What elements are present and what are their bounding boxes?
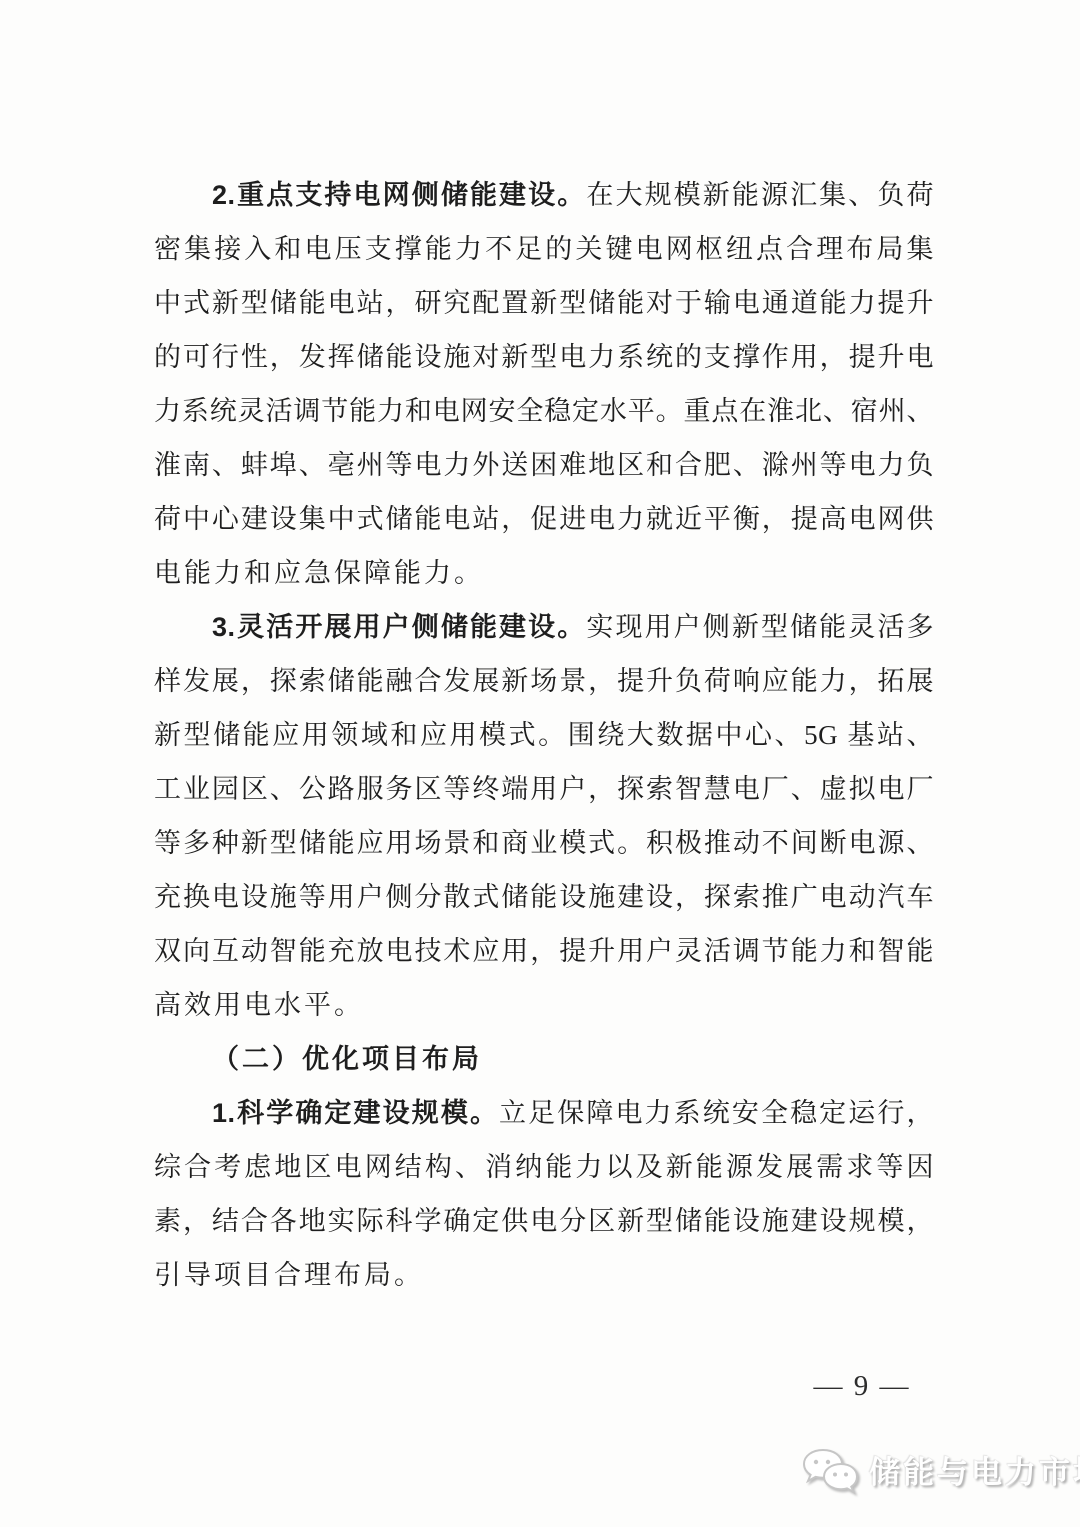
text-segment: 密集接入和电压支撑能力不足的关键电网枢纽点合理布局集: [154, 234, 934, 264]
text-segment: 力系统灵活调节能力和电网安全稳定水平。重点在淮北、宿州、: [154, 396, 934, 426]
text-segment: 立足保障电力系统安全稳定运行，: [499, 1098, 934, 1128]
text-line: 双向互动智能充放电技术应用，提升用户灵活调节能力和智能: [154, 924, 934, 978]
text-segment: 充换电设施等用户侧分散式储能设施建设，探索推广电动汽车: [154, 882, 934, 912]
watermark: 储能与电力市场: [797, 1446, 1080, 1500]
wechat-logo-icon: [797, 1446, 861, 1500]
text-segment: 素，结合各地实际科学确定供电分区新型储能设施建设规模，: [154, 1206, 934, 1236]
page-number: — 9 —: [806, 1366, 918, 1406]
text-line: 高效用电水平。: [154, 978, 934, 1032]
text-segment: 淮南、蚌埠、亳州等电力外送困难地区和合肥、滁州等电力负: [154, 450, 934, 480]
text-line: 样发展，探索储能融合发展新场景，提升负荷响应能力，拓展: [154, 654, 934, 708]
text-line: 新型储能应用领域和应用模式。围绕大数据中心、5G 基站、: [154, 708, 934, 762]
watermark-text: 储能与电力市场: [869, 1446, 1080, 1500]
text-segment: 在大规模新能源汇集、负荷: [586, 180, 934, 210]
document-page: 2.重点支持电网侧储能建设。在大规模新能源汇集、负荷密集接入和电压支撑能力不足的…: [0, 0, 1080, 1527]
text-line: 的可行性，发挥储能设施对新型电力系统的支撑作用，提升电: [154, 330, 934, 384]
section-heading: （二）优化项目布局: [154, 1032, 934, 1086]
bold-lead-in: （二）优化项目布局: [212, 1044, 482, 1074]
text-segment: 荷中心建设集中式储能电站，促进电力就近平衡，提高电网供: [154, 504, 934, 534]
text-segment: 的可行性，发挥储能设施对新型电力系统的支撑作用，提升电: [154, 342, 934, 372]
text-line: 荷中心建设集中式储能电站，促进电力就近平衡，提高电网供: [154, 492, 934, 546]
text-line: 1.科学确定建设规模。立足保障电力系统安全稳定运行，: [154, 1086, 934, 1140]
text-segment: 高效用电水平。: [154, 990, 364, 1020]
text-line: 综合考虑地区电网结构、消纳能力以及新能源发展需求等因: [154, 1140, 934, 1194]
text-line: 2.重点支持电网侧储能建设。在大规模新能源汇集、负荷: [154, 168, 934, 222]
text-line: 密集接入和电压支撑能力不足的关键电网枢纽点合理布局集: [154, 222, 934, 276]
bold-lead-in: 1.科学确定建设规模。: [212, 1098, 499, 1128]
text-line: 工业园区、公路服务区等终端用户，探索智慧电厂、虚拟电厂: [154, 762, 934, 816]
text-segment: 双向互动智能充放电技术应用，提升用户灵活调节能力和智能: [154, 936, 934, 966]
text-line: 充换电设施等用户侧分散式储能设施建设，探索推广电动汽车: [154, 870, 934, 924]
text-line: 等多种新型储能应用场景和商业模式。积极推动不间断电源、: [154, 816, 934, 870]
document-text-block: 2.重点支持电网侧储能建设。在大规模新能源汇集、负荷密集接入和电压支撑能力不足的…: [154, 168, 934, 1302]
text-segment: 实现用户侧新型储能灵活多: [586, 612, 934, 642]
text-line: 引导项目合理布局。: [154, 1248, 934, 1302]
text-line: 电能力和应急保障能力。: [154, 546, 934, 600]
text-line: 3.灵活开展用户侧储能建设。实现用户侧新型储能灵活多: [154, 600, 934, 654]
text-segment: 等多种新型储能应用场景和商业模式。积极推动不间断电源、: [154, 828, 934, 858]
text-segment: 样发展，探索储能融合发展新场景，提升负荷响应能力，拓展: [154, 666, 934, 696]
text-segment: 中式新型储能电站，研究配置新型储能对于输电通道能力提升: [154, 288, 934, 318]
text-segment: 工业园区、公路服务区等终端用户，探索智慧电厂、虚拟电厂: [154, 774, 934, 804]
text-segment: 新型储能应用领域和应用模式。围绕大数据中心、5G 基站、: [154, 720, 934, 750]
bold-lead-in: 2.重点支持电网侧储能建设。: [212, 180, 586, 210]
text-line: 素，结合各地实际科学确定供电分区新型储能设施建设规模，: [154, 1194, 934, 1248]
bold-lead-in: 3.灵活开展用户侧储能建设。: [212, 612, 586, 642]
text-line: 中式新型储能电站，研究配置新型储能对于输电通道能力提升: [154, 276, 934, 330]
text-line: 淮南、蚌埠、亳州等电力外送困难地区和合肥、滁州等电力负: [154, 438, 934, 492]
text-line: 力系统灵活调节能力和电网安全稳定水平。重点在淮北、宿州、: [154, 384, 934, 438]
text-segment: 引导项目合理布局。: [154, 1260, 424, 1290]
text-segment: 综合考虑地区电网结构、消纳能力以及新能源发展需求等因: [154, 1152, 934, 1182]
text-segment: 电能力和应急保障能力。: [154, 558, 484, 588]
